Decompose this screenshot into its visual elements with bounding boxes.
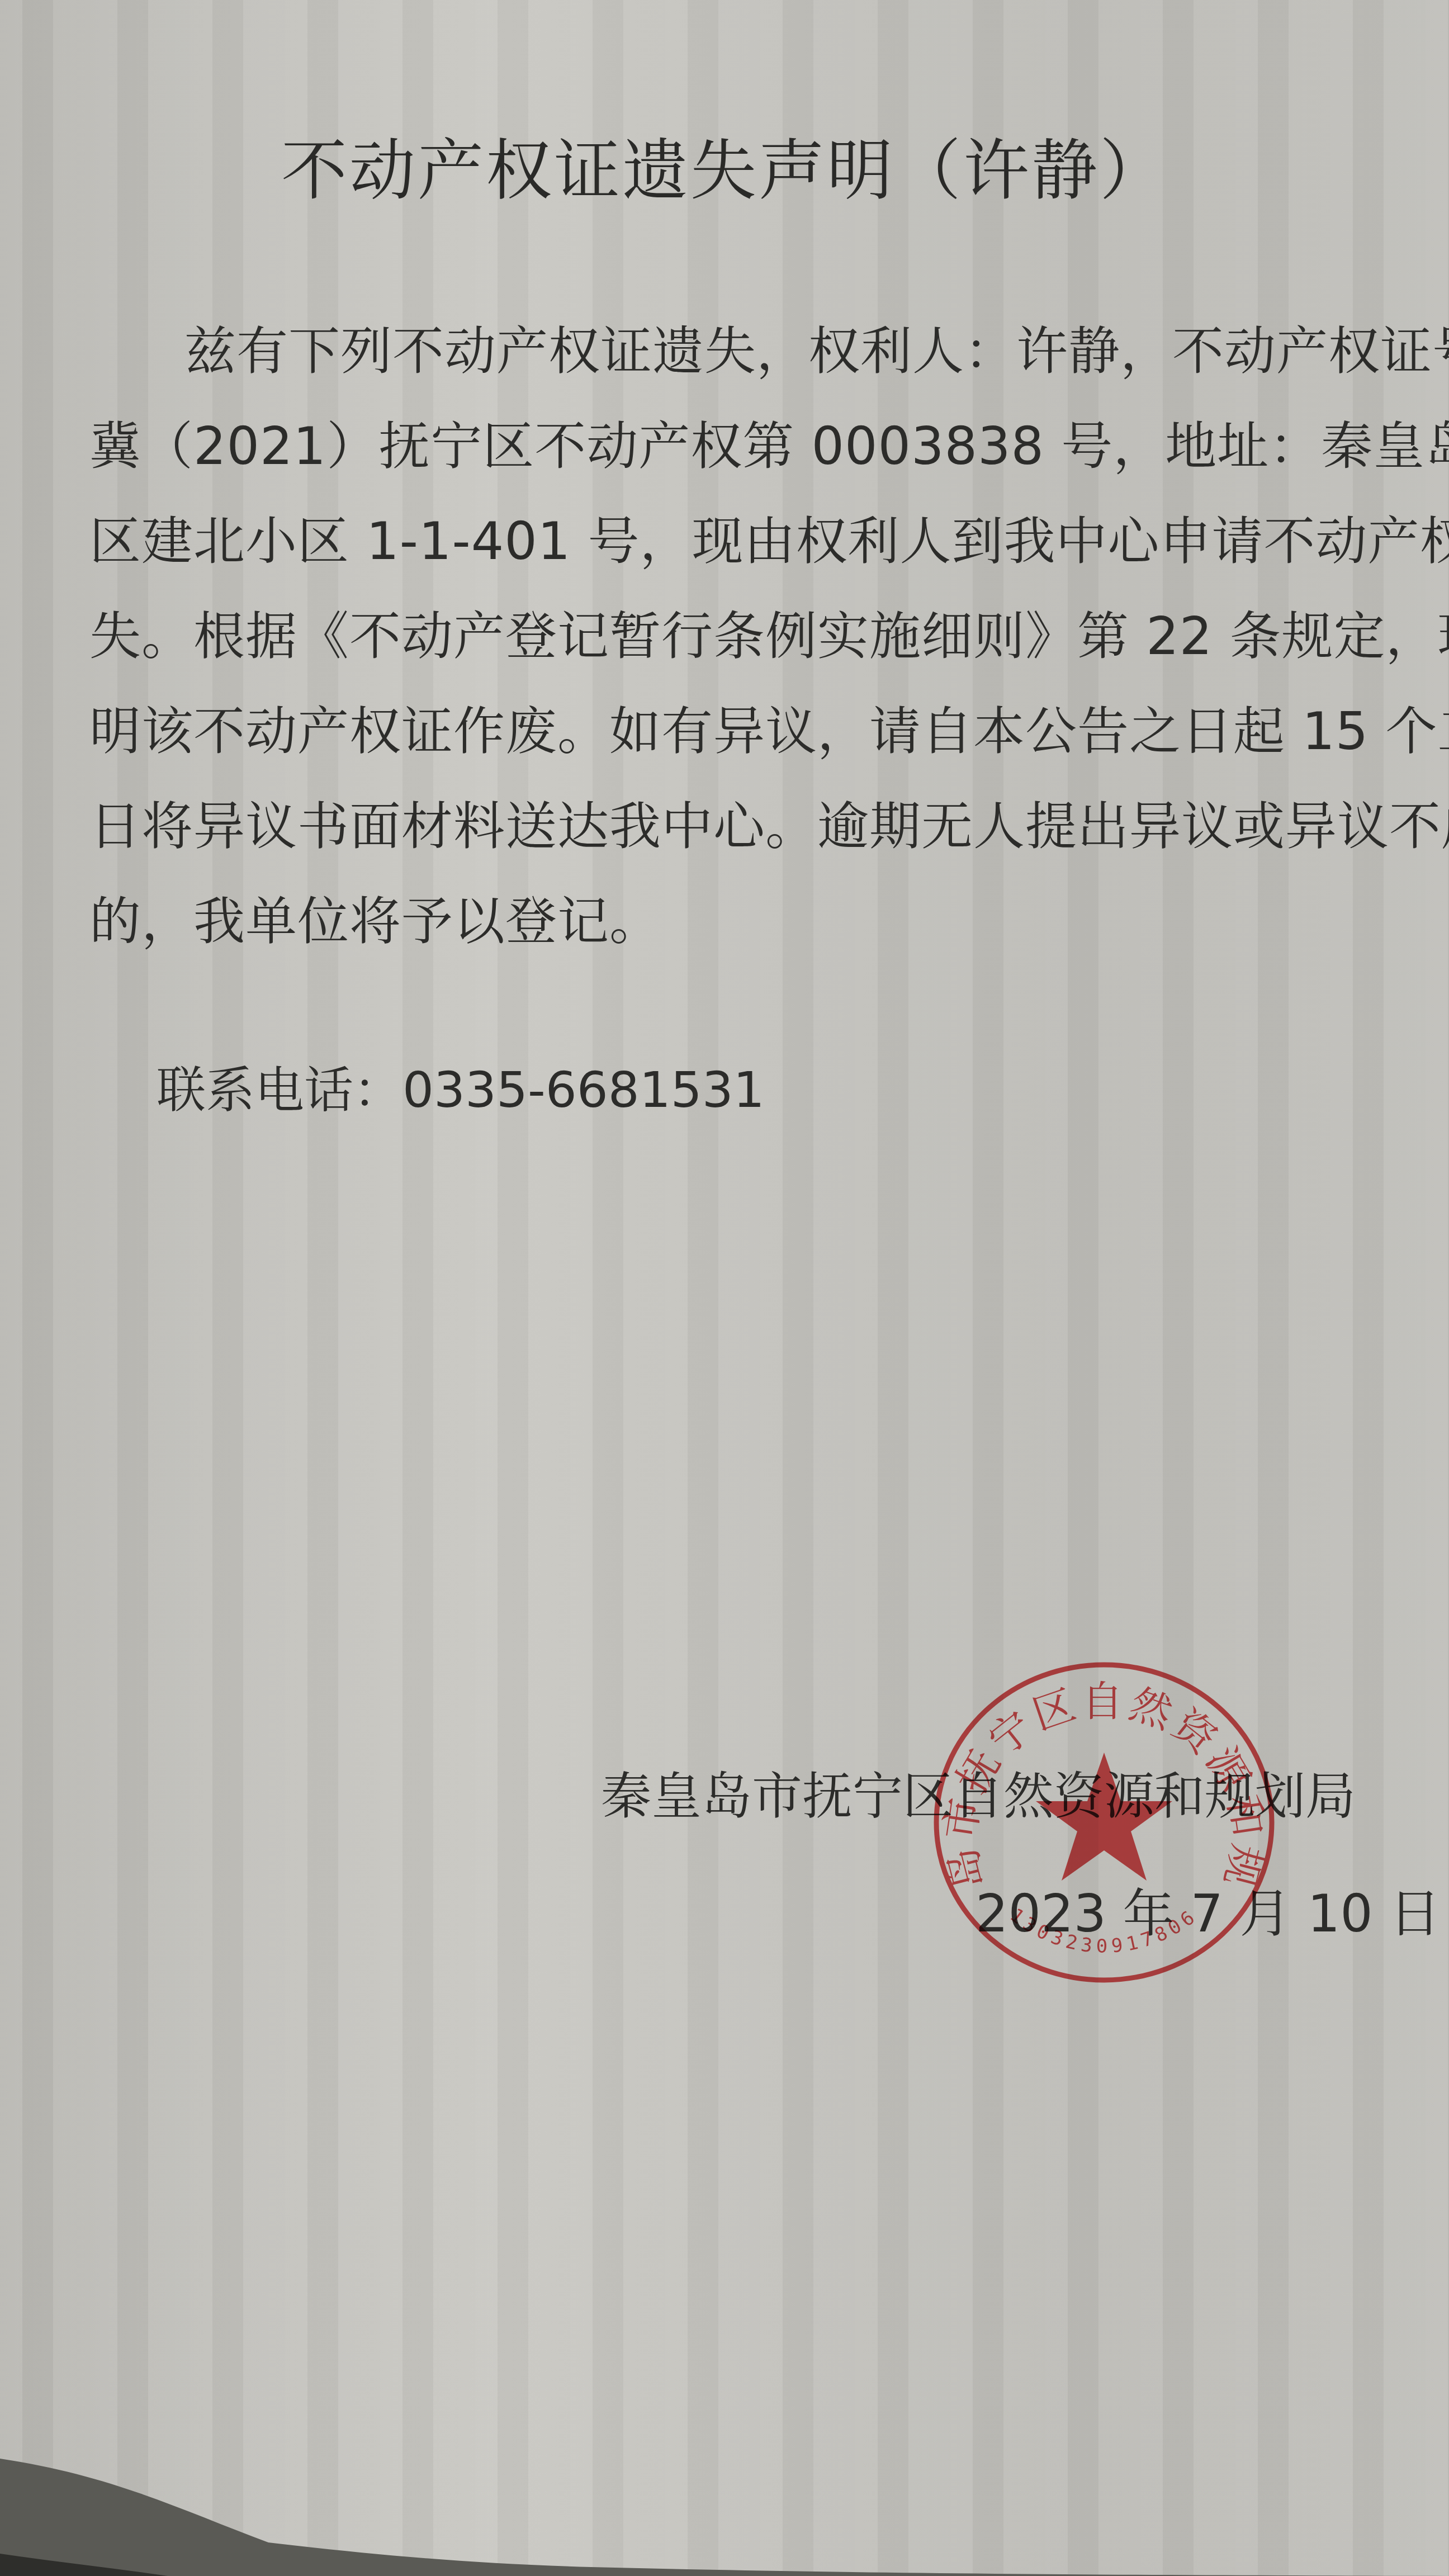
official-seal: 秦皇岛市抚宁区自然资源和规划局 1303230917806 [925,1655,1283,1990]
body-line: 区建北小区 1-1-401 号，现由权利人到我中心申请不动产权证遗 [89,514,1442,609]
body-line: 明该不动产权证作废。如有异议，请自本公告之日起 15 个工作 [89,704,1442,799]
seal-code: 1303230917806 [1006,1904,1202,1958]
body-line: 兹有下列不动产权证遗失，权利人：许静，不动产权证号： [89,324,1442,419]
contact-phone: 联系电话：0335-6681531 [157,1051,765,1121]
body-line: 冀（2021）抚宁区不动产权第 0003838 号，地址：秦皇岛市抚宁 [89,419,1442,514]
body-line: 日将异议书面材料送达我中心。逾期无人提出异议或异议不成立 [89,799,1442,894]
notice-body: 兹有下列不动产权证遗失，权利人：许静，不动产权证号： 冀（2021）抚宁区不动产… [89,324,1442,989]
hand-shadow [0,2341,1449,2576]
document-title: 不动产权证遗失声明（许静） [0,117,1449,212]
body-line: 的，我单位将予以登记。 [89,894,1442,989]
star-icon [1036,1753,1172,1881]
svg-text:1303230917806: 1303230917806 [1006,1904,1202,1958]
body-line: 失。根据《不动产登记暂行条例实施细则》第 22 条规定，现声 [89,609,1442,704]
